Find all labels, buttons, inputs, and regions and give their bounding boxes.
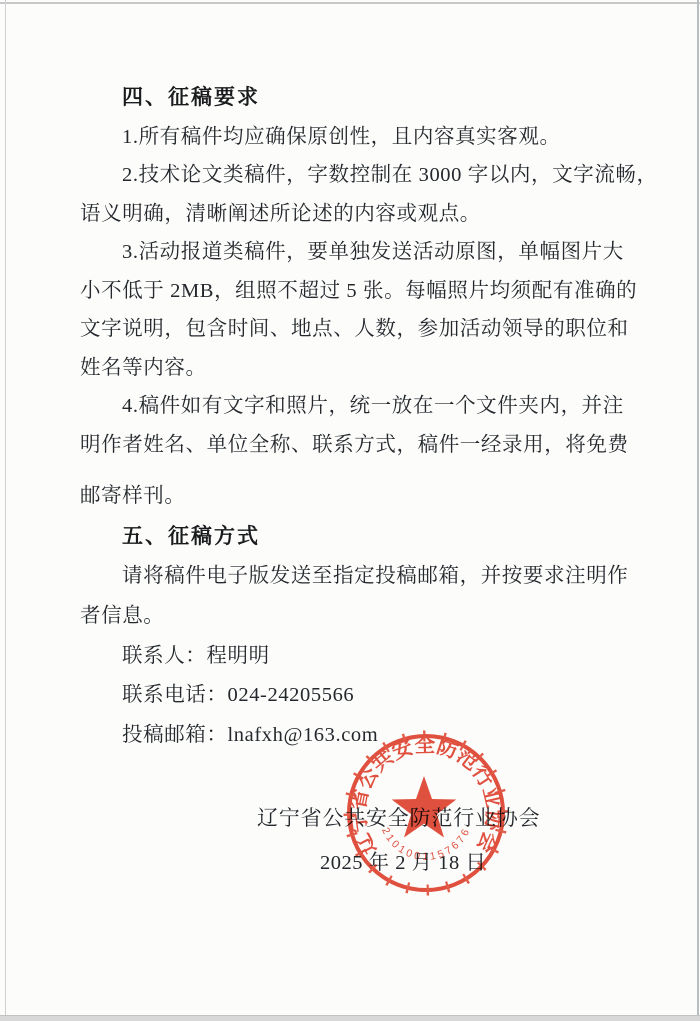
document-body-upper: 四、征稿要求1.所有稿件均应确保原创性，且内容真实客观。2.技术论文类稿件，字数… bbox=[80, 79, 632, 464]
scan-edge-left bbox=[5, 0, 6, 1021]
svg-text:2101001157676: 2101001157676 bbox=[379, 826, 473, 863]
text-line: 者信息。 bbox=[80, 597, 632, 637]
text-line: 语义明确，清晰阐述所论述的内容或观点。 bbox=[80, 195, 632, 234]
scanned-document-page: 四、征稿要求1.所有稿件均应确保原创性，且内容真实客观。2.技术论文类稿件，字数… bbox=[0, 0, 700, 1021]
text-line: 4.稿件如有文字和照片，统一放在一个文件夹内，并注 bbox=[80, 387, 632, 426]
scan-edge-bottom bbox=[0, 1015, 700, 1021]
text-line: 文字说明，包含时间、地点、人数，参加活动领导的职位和 bbox=[80, 310, 632, 349]
text-line: 姓名等内容。 bbox=[80, 349, 632, 388]
seal-code-number: 2101001157676 bbox=[379, 826, 473, 863]
text-line: 2.技术论文类稿件，字数控制在 3000 字以内，文字流畅， bbox=[80, 156, 632, 195]
text-line: 1.所有稿件均应确保原创性，且内容真实客观。 bbox=[80, 118, 632, 157]
text-line: 3.活动报道类稿件，要单独发送活动原图，单幅图片大 bbox=[80, 233, 632, 272]
document-body-lower: 邮寄样刊。五、征稿方式请将稿件电子版发送至指定投稿邮箱，并按要求注明作者信息。联… bbox=[80, 477, 632, 756]
scan-edge-right bbox=[697, 0, 699, 1021]
section-heading: 四、征稿要求 bbox=[80, 79, 632, 118]
section-heading: 五、征稿方式 bbox=[80, 517, 632, 557]
text-line: 小不低于 2MB，组照不超过 5 张。每幅照片均须配有准确的 bbox=[80, 272, 632, 311]
text-line: 联系电话：024-24205566 bbox=[80, 676, 632, 716]
text-line: 邮寄样刊。 bbox=[80, 477, 632, 517]
scan-edge-top bbox=[0, 2, 700, 4]
text-line: 明作者姓名、单位全称、联系方式，稿件一经录用，将免费 bbox=[80, 426, 632, 465]
text-line: 请将稿件电子版发送至指定投稿邮箱，并按要求注明作 bbox=[80, 557, 632, 597]
official-seal-stamp: 辽宁省公共安全防范行业协会 2101001157676 bbox=[340, 727, 512, 899]
text-line: 联系人：程明明 bbox=[80, 637, 632, 677]
star-icon bbox=[392, 776, 457, 838]
